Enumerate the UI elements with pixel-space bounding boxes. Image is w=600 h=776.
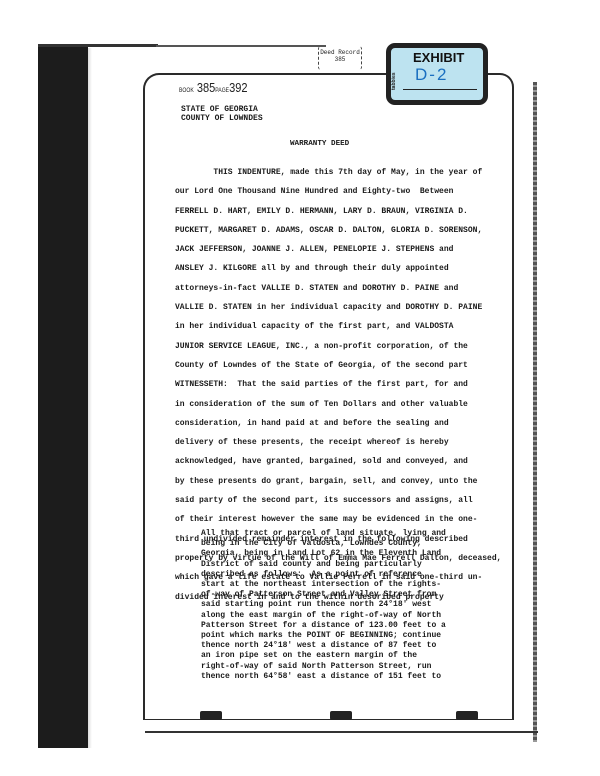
body-line: of their interest however the same may b… [175, 510, 515, 529]
legal-line: right-of-way of said North Patterson Str… [201, 662, 501, 672]
body-line: JUNIOR SERVICE LEAGUE, INC., a non-profi… [175, 337, 515, 356]
legal-line: of-way of Patterson Street and Valley St… [201, 590, 501, 600]
binder-clip [456, 711, 478, 720]
body-line: delivery of these presents, the receipt … [175, 433, 515, 452]
exhibit-title: EXHIBIT [413, 50, 464, 65]
county-line: COUNTY OF LOWNDES [181, 114, 263, 123]
book-page-stamp: BOOK 385PAGE392 [179, 80, 248, 95]
body-line: in consideration of the sum of Ten Dolla… [175, 395, 515, 414]
scan-margin-shadow [38, 45, 88, 748]
legal-line: an iron pipe set on the eastern margin o… [201, 651, 501, 661]
body-line: PUCKETT, MARGARET D. ADAMS, OSCAR D. DAL… [175, 221, 515, 240]
body-line: ANSLEY J. KILGORE all by and through the… [175, 259, 515, 278]
exhibit-brand: tabbies [391, 72, 397, 90]
legal-line: point which marks the POINT OF BEGINNING… [201, 631, 501, 641]
body-line: in her individual capacity of the first … [175, 317, 515, 336]
exhibit-sticker: tabbies EXHIBIT D-2 [386, 43, 488, 105]
scan-edge [533, 82, 537, 742]
legal-description: All that tract or parcel of land situate… [201, 529, 501, 682]
body-line: acknowledged, have granted, bargained, s… [175, 452, 515, 471]
document-title: WARRANTY DEED [290, 140, 349, 148]
book-label: BOOK [179, 88, 194, 94]
scan-edge [88, 48, 92, 748]
legal-line: described as follows: As a point of refe… [201, 570, 501, 580]
page-number: 392 [229, 80, 247, 95]
legal-line: thence north 64°58' east a distance of 1… [201, 672, 501, 682]
legal-line: being in the City of Valdosta, Lowndes C… [201, 539, 501, 549]
page-label: PAGE [215, 88, 229, 94]
binder-clip [330, 711, 352, 720]
legal-line: District of said county and being partic… [201, 560, 501, 570]
legal-line: thence north 24°18' west a distance of 8… [201, 641, 501, 651]
body-line: WITNESSETH: That the said parties of the… [175, 375, 515, 394]
body-line: consideration, in hand paid at and befor… [175, 414, 515, 433]
exhibit-underline [403, 89, 477, 90]
exhibit-value: D-2 [415, 65, 448, 85]
scan-edge [145, 731, 538, 733]
body-line: our Lord One Thousand Nine Hundred and E… [175, 182, 515, 201]
body-line: by these presents do grant, bargain, sel… [175, 472, 515, 491]
state-line: STATE OF GEORGIA [181, 105, 263, 114]
deed-record-stamp: Deed Record 385 [318, 46, 362, 70]
legal-line: along the east margin of the right-of-wa… [201, 611, 501, 621]
binder-clip [200, 711, 222, 720]
body-line: VALLIE D. STATEN in her individual capac… [175, 298, 515, 317]
legal-line: Georgia, being in Land Lot 62 in the Ele… [201, 549, 501, 559]
body-line: said party of the second part, its succe… [175, 491, 515, 510]
legal-line: said starting point run thence north 24°… [201, 600, 501, 610]
scan-edge [156, 45, 326, 47]
body-line: attorneys-in-fact VALLIE D. STATEN and D… [175, 279, 515, 298]
body-line: County of Lowndes of the State of Georgi… [175, 356, 515, 375]
deed-record-number: 385 [319, 56, 361, 63]
body-line: FERRELL D. HART, EMILY D. HERMANN, LARY … [175, 202, 515, 221]
legal-line: Patterson Street for a distance of 123.0… [201, 621, 501, 631]
book-number: 385 [197, 80, 215, 95]
deed-record-label: Deed Record [319, 49, 361, 56]
jurisdiction-header: STATE OF GEORGIA COUNTY OF LOWNDES [181, 105, 263, 123]
scan-edge [38, 44, 158, 47]
legal-line: start at the northeast intersection of t… [201, 580, 501, 590]
body-line: THIS INDENTURE, made this 7th day of May… [175, 163, 515, 182]
legal-line: All that tract or parcel of land situate… [201, 529, 501, 539]
body-line: JACK JEFFERSON, JOANNE J. ALLEN, PENELOP… [175, 240, 515, 259]
